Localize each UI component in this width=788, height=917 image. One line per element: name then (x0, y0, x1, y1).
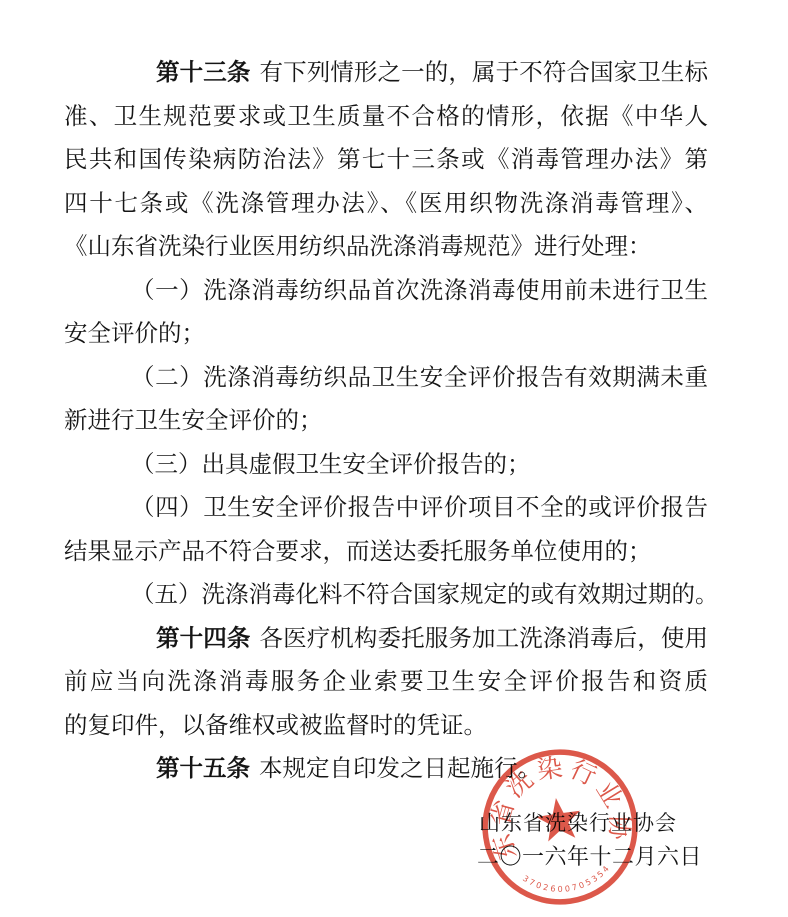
body-line: 新进行卫生安全评价的； (64, 400, 708, 444)
body-line: （一）洗涤消毒纺织品首次洗涤消毒使用前未进行卫生 (64, 270, 708, 314)
body-line: 第十五条本规定自印发之日起施行。 (64, 748, 708, 792)
body-line: （五）洗涤消毒化料不符合国家规定的或有效期过期的。 (64, 574, 708, 618)
body-line: （四）卫生安全评价报告中评价项目不全的或评价报告 (64, 487, 708, 531)
body-line: 四十七条或《洗涤管理办法》、《医用织物洗涤消毒管理》、 (64, 183, 708, 227)
body-line: 《山东省洗染行业医用纺织品洗涤消毒规范》进行处理： (64, 226, 708, 270)
signature-date: 二〇一六年十二月六日 (477, 840, 702, 871)
document-page: 第十三条有下列情形之一的，属于不符合国家卫生标 准、卫生规范要求或卫生质量不合格… (0, 0, 788, 917)
line-text: 有下列情形之一的，属于不符合国家卫生标 (259, 60, 708, 86)
body-line: 结果显示产品不符合要求，而送达委托服务单位使用的； (64, 531, 708, 575)
body-line: 第十三条有下列情形之一的，属于不符合国家卫生标 (64, 52, 708, 96)
article-number: 第十五条 (156, 756, 250, 782)
body-line: （二）洗涤消毒纺织品卫生安全评价报告有效期满未重 (64, 357, 708, 401)
body-line: 第十四条各医疗机构委托服务加工洗涤消毒后，使用 (64, 618, 708, 662)
article-number: 第十三条 (156, 60, 250, 86)
body-line: 的复印件，以备维权或被监督时的凭证。 (64, 705, 708, 749)
line-text: 各医疗机构委托服务加工洗涤消毒后，使用 (259, 626, 708, 652)
signature-organization: 山东省洗染行业协会 (479, 807, 677, 837)
article-number: 第十四条 (156, 626, 250, 652)
body-line: 前应当向洗涤消毒服务企业索要卫生安全评价报告和资质 (64, 661, 708, 705)
body-line: 准、卫生规范要求或卫生质量不合格的情形，依据《中华人 (64, 96, 708, 140)
line-text: 本规定自印发之日起施行。 (259, 756, 541, 782)
body-line: （三）出具虚假卫生安全评价报告的； (64, 444, 708, 488)
document-body: 第十三条有下列情形之一的，属于不符合国家卫生标 准、卫生规范要求或卫生质量不合格… (64, 52, 708, 792)
body-line: 安全评价的； (64, 313, 708, 357)
body-line: 民共和国传染病防治法》第七十三条或《消毒管理办法》第 (64, 139, 708, 183)
